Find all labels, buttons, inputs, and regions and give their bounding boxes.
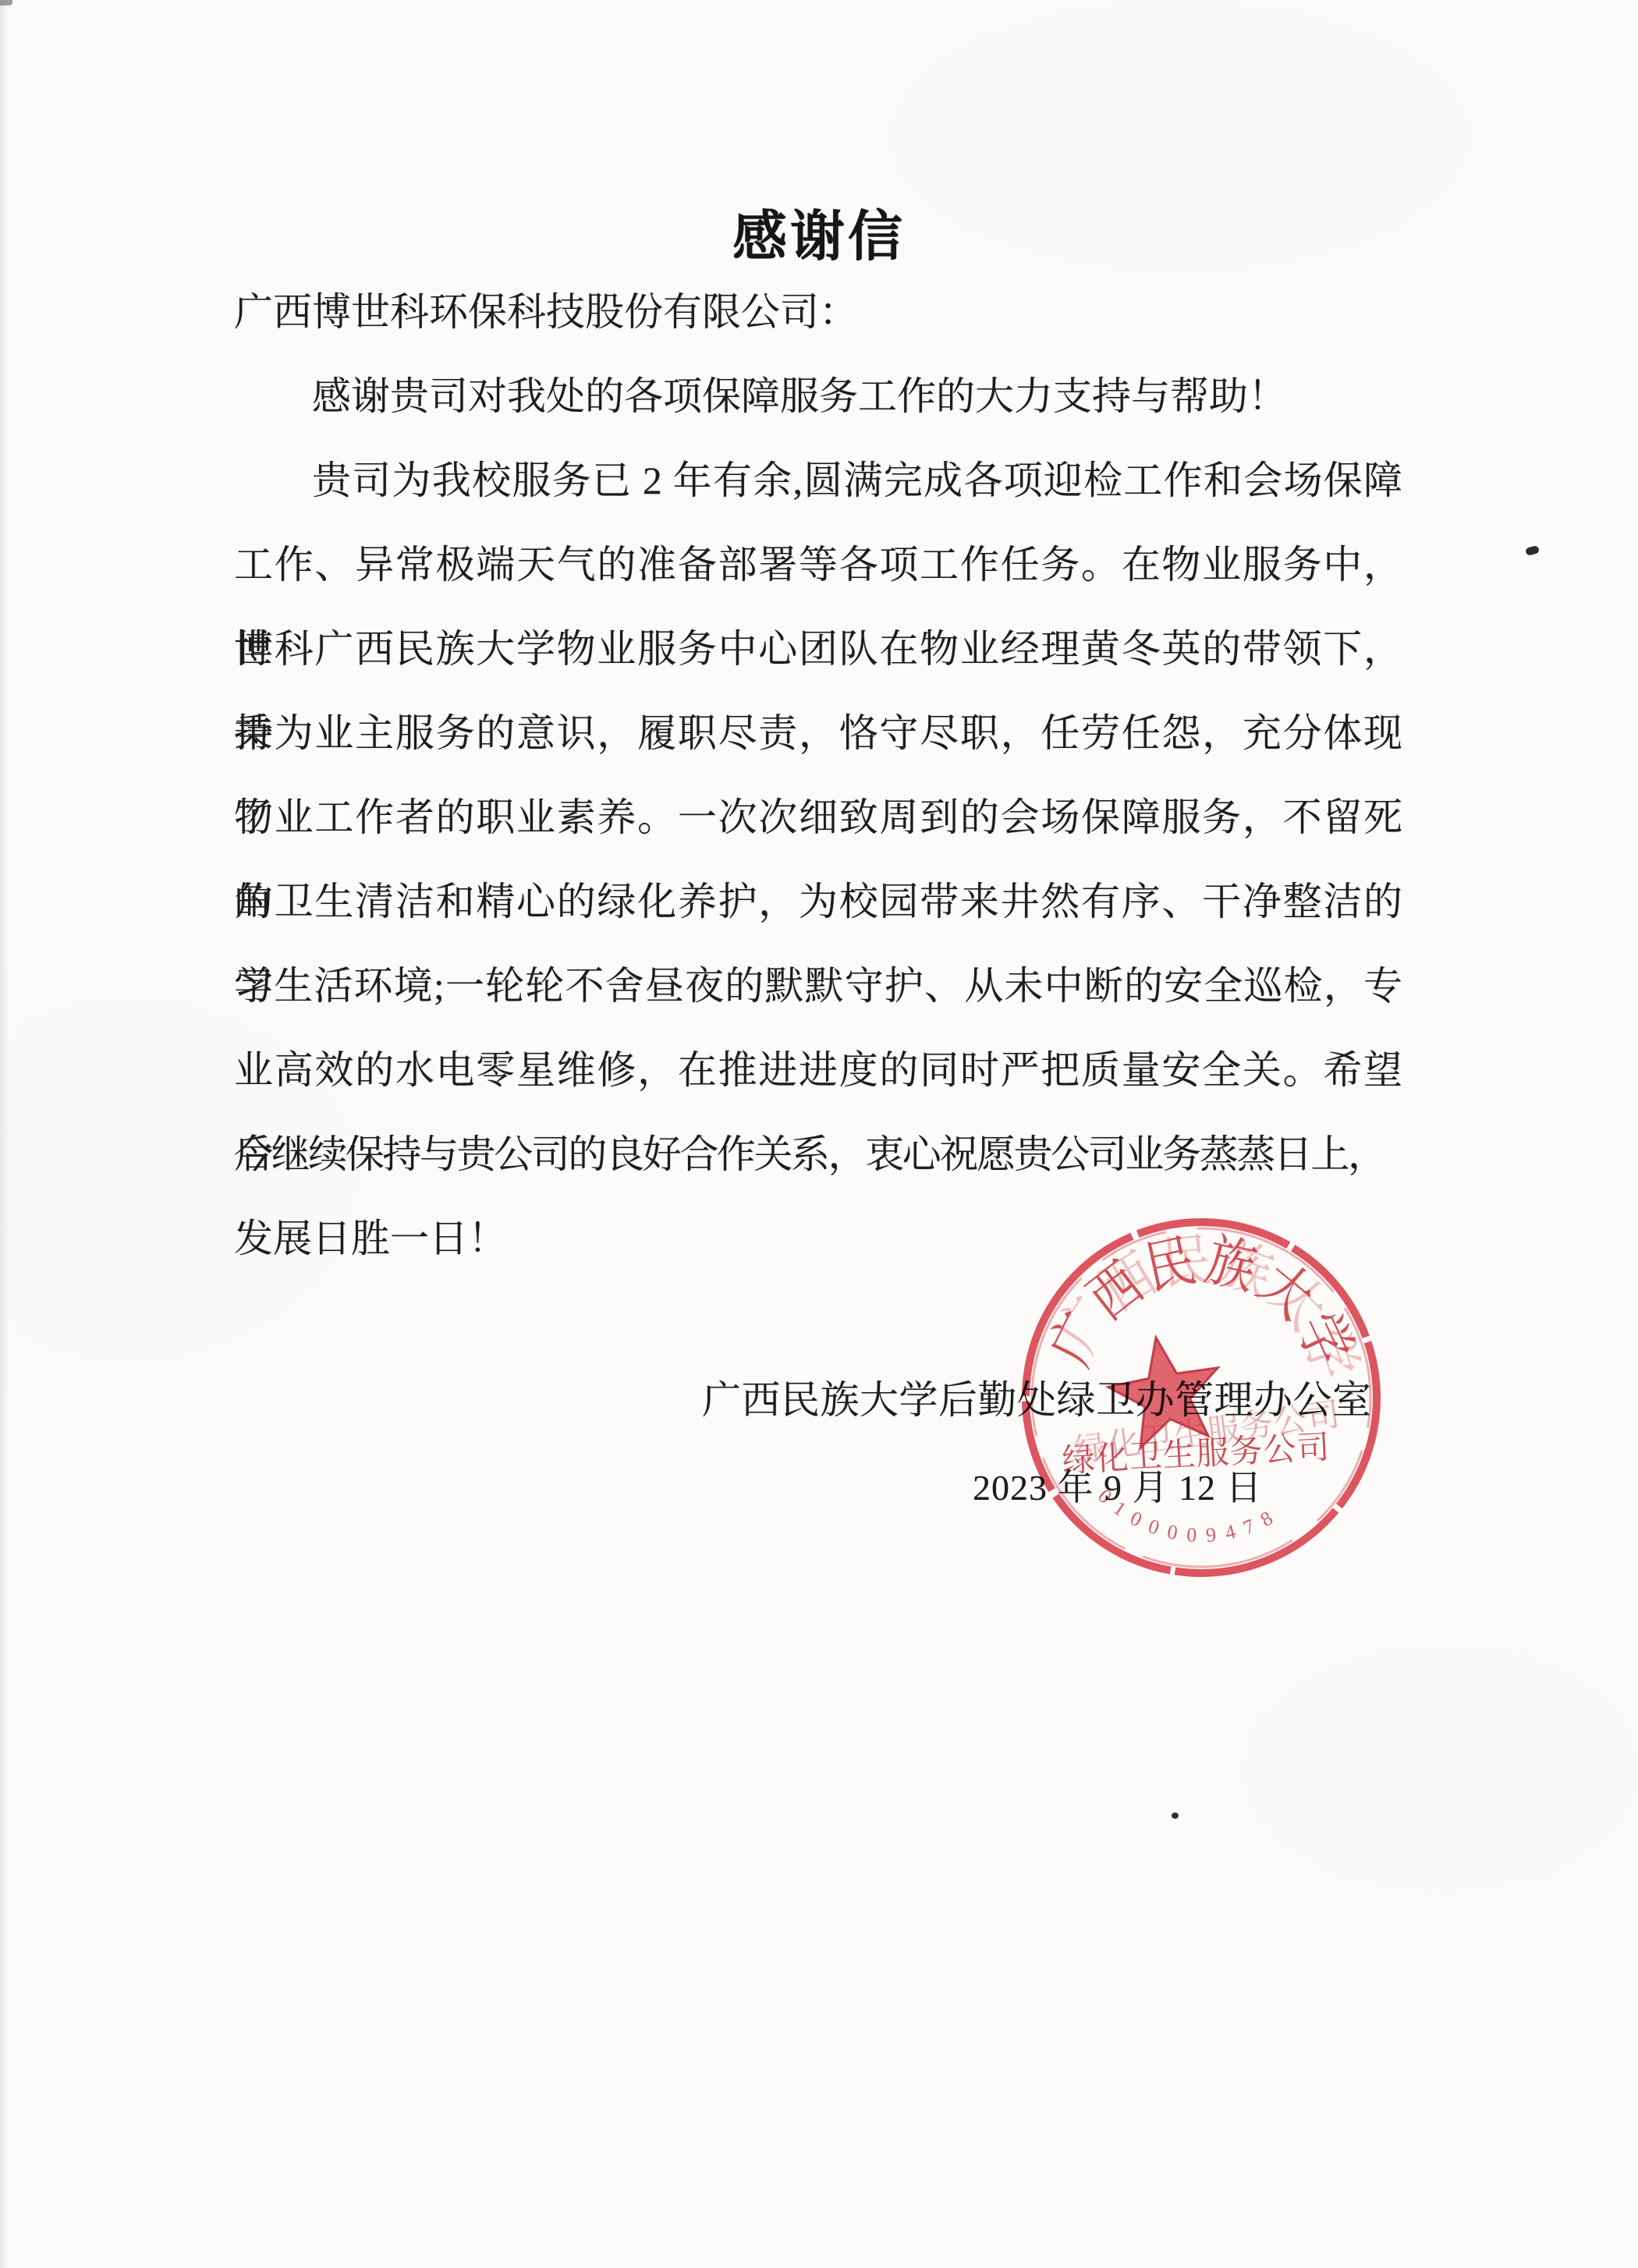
stamp-serial-number: 0100009478 xyxy=(1094,1484,1285,1547)
letter-body-line: 感谢贵司对我处的各项保障服务工作的大力支持与帮助！ xyxy=(234,354,1402,438)
letter-body-line: 物业工作者的职业素养。一次次细致周到的会场保障服务，不留死角 xyxy=(234,775,1402,859)
recipient-line: 广西博世科环保科技股份有限公司： xyxy=(234,270,1402,354)
letter-body-line: 贵司为我校服务已 2 年有余,圆满完成各项迎检工作和会场保障 xyxy=(234,438,1402,523)
scan-artifact xyxy=(0,0,12,5)
scan-artifact xyxy=(1525,545,1540,556)
letter-body-line: 持为业主服务的意识，履职尽责，恪守尽职，任劳任怨，充分体现了 xyxy=(234,691,1402,775)
letter-body-line: 习生活环境;一轮轮不舍昼夜的默默守护、从未中断的安全巡检，专 xyxy=(234,944,1402,1028)
letter-body-line: 业高效的水电零星维修，在推进进度的同时严把质量安全关。希望今 xyxy=(234,1028,1402,1112)
scan-artifact xyxy=(1172,1813,1179,1819)
letter-body-line: 后继续保持与贵公司的良好合作关系，衷心祝愿贵公司业务蒸蒸日上， xyxy=(234,1112,1402,1196)
letter-body-line: 世科广西民族大学物业服务中心团队在物业经理黄冬英的带领下，秉 xyxy=(234,607,1402,691)
letter-title: 感谢信 xyxy=(0,193,1638,271)
official-seal-stamp: 广西民族大学 广西民族大学 绿化卫生服务公司 绿化卫生服务公司 01000094… xyxy=(1014,1210,1388,1585)
letter-body: 广西博世科环保科技股份有限公司： 感谢贵司对我处的各项保障服务工作的大力支持与帮… xyxy=(234,270,1402,1281)
letter-body-line: 工作、异常极端天气的准备部署等各项工作任务。在物业服务中，博 xyxy=(234,523,1402,607)
letter-body-line: 的卫生清洁和精心的绿化养护，为校园带来井然有序、干净整洁的学 xyxy=(234,859,1402,944)
scanned-letter-page: 感谢信 广西博世科环保科技股份有限公司： 感谢贵司对我处的各项保障服务工作的大力… xyxy=(0,0,1638,2268)
